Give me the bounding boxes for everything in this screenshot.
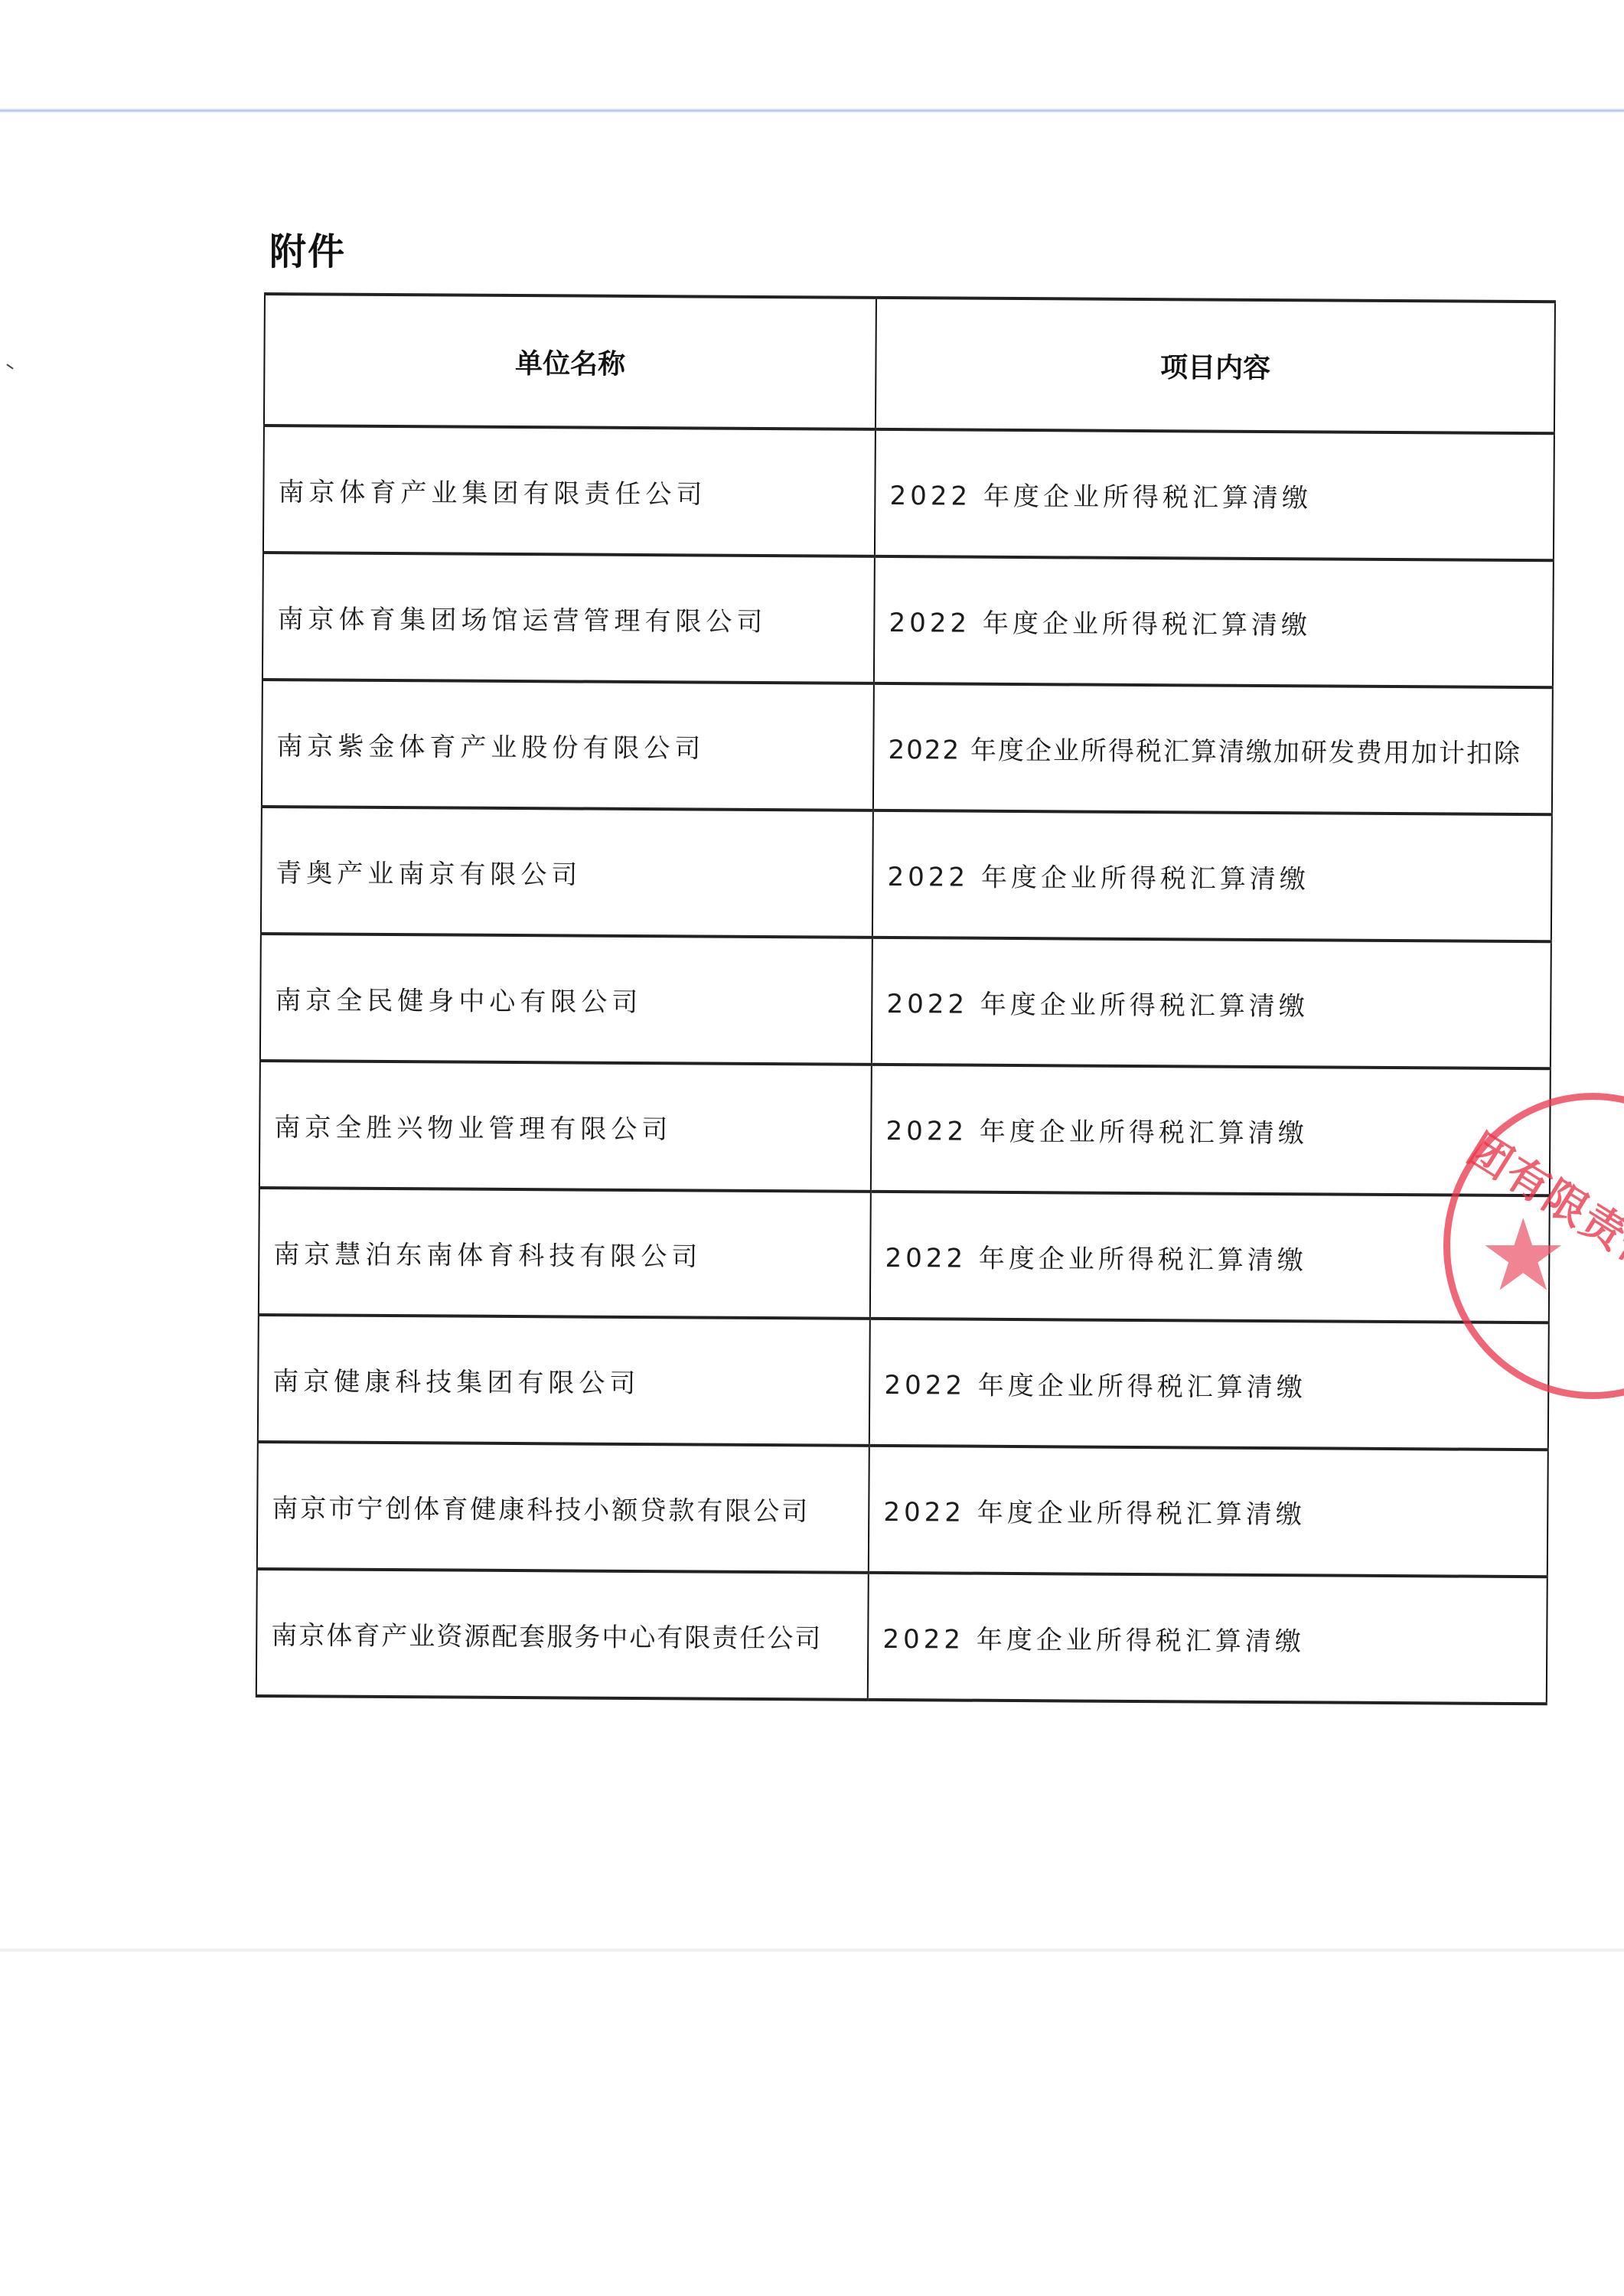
item-content-cell: 2022 年度企业所得税汇算清缴 [869,1319,1549,1450]
header-item-content: 项目内容 [876,298,1555,433]
unit-name-cell: 南京市宁创体育健康科技小额贷款有限公司 [257,1442,869,1573]
table-row: 南京全胜兴物业管理有限公司 2022 年度企业所得税汇算清缴 [259,1061,1551,1195]
table-row: 青奥产业南京有限公司 2022 年度企业所得税汇算清缴 [261,807,1552,941]
item-content-cell: 2022 年度企业所得税汇算清缴 [875,429,1554,560]
unit-name-cell: 南京全民健身中心有限公司 [260,934,872,1065]
unit-name-cell: 南京慧泊东南体育科技有限公司 [259,1188,871,1319]
scan-artifact-bottom [0,1949,1624,1952]
attachment-table: 单位名称 项目内容 南京体育产业集团有限责任公司 2022 年度企业所得税汇算清… [256,292,1556,1705]
scan-artifact-top [0,109,1624,113]
table-row: 南京市宁创体育健康科技小额贷款有限公司 2022 年度企业所得税汇算清缴 [257,1442,1548,1577]
unit-name-cell: 南京体育集团场馆运营管理有限公司 [263,553,875,683]
item-content-cell: 2022 年度企业所得税汇算清缴 [872,938,1551,1068]
item-content-cell: 2022 年度企业所得税汇算清缴 [872,810,1552,941]
unit-name-cell: 南京紫金体育产业股份有限公司 [262,680,874,810]
item-content-cell: 2022 年度企业所得税汇算清缴 [874,556,1554,687]
header-unit-name: 单位名称 [264,294,876,429]
table-header-row: 单位名称 项目内容 [264,294,1555,433]
item-content-cell: 2022 年度企业所得税汇算清缴加研发费用加计扣除 [873,683,1553,814]
table-row: 南京全民健身中心有限公司 2022 年度企业所得税汇算清缴 [260,934,1551,1068]
table-row: 南京体育产业集团有限责任公司 2022 年度企业所得税汇算清缴 [263,426,1554,560]
unit-name-cell: 南京全胜兴物业管理有限公司 [259,1061,872,1192]
unit-name-cell: 南京体育产业资源配套服务中心有限责任公司 [256,1569,869,1700]
unit-name-cell: 青奥产业南京有限公司 [261,807,873,938]
attachment-title: 附件 [269,222,346,275]
table-row: 南京慧泊东南体育科技有限公司 2022 年度企业所得税汇算清缴 [259,1188,1550,1322]
table-row: 南京体育产业资源配套服务中心有限责任公司 2022 年度企业所得税汇算清缴 [256,1569,1547,1704]
unit-name-cell: 南京健康科技集团有限公司 [258,1315,870,1446]
item-content-cell: 2022 年度企业所得税汇算清缴 [869,1446,1548,1577]
table-row: 南京紫金体育产业股份有限公司 2022 年度企业所得税汇算清缴加研发费用加计扣除 [262,680,1553,814]
unit-name-cell: 南京体育产业集团有限责任公司 [263,426,876,556]
scan-mark [6,364,13,369]
item-content-cell: 2022 年度企业所得税汇算清缴 [868,1573,1547,1704]
table-row: 南京体育集团场馆运营管理有限公司 2022 年度企业所得税汇算清缴 [263,553,1554,687]
item-content-cell: 2022 年度企业所得税汇算清缴 [871,1065,1551,1195]
table-row: 南京健康科技集团有限公司 2022 年度企业所得税汇算清缴 [258,1315,1549,1450]
item-content-cell: 2022 年度企业所得税汇算清缴 [870,1192,1550,1322]
